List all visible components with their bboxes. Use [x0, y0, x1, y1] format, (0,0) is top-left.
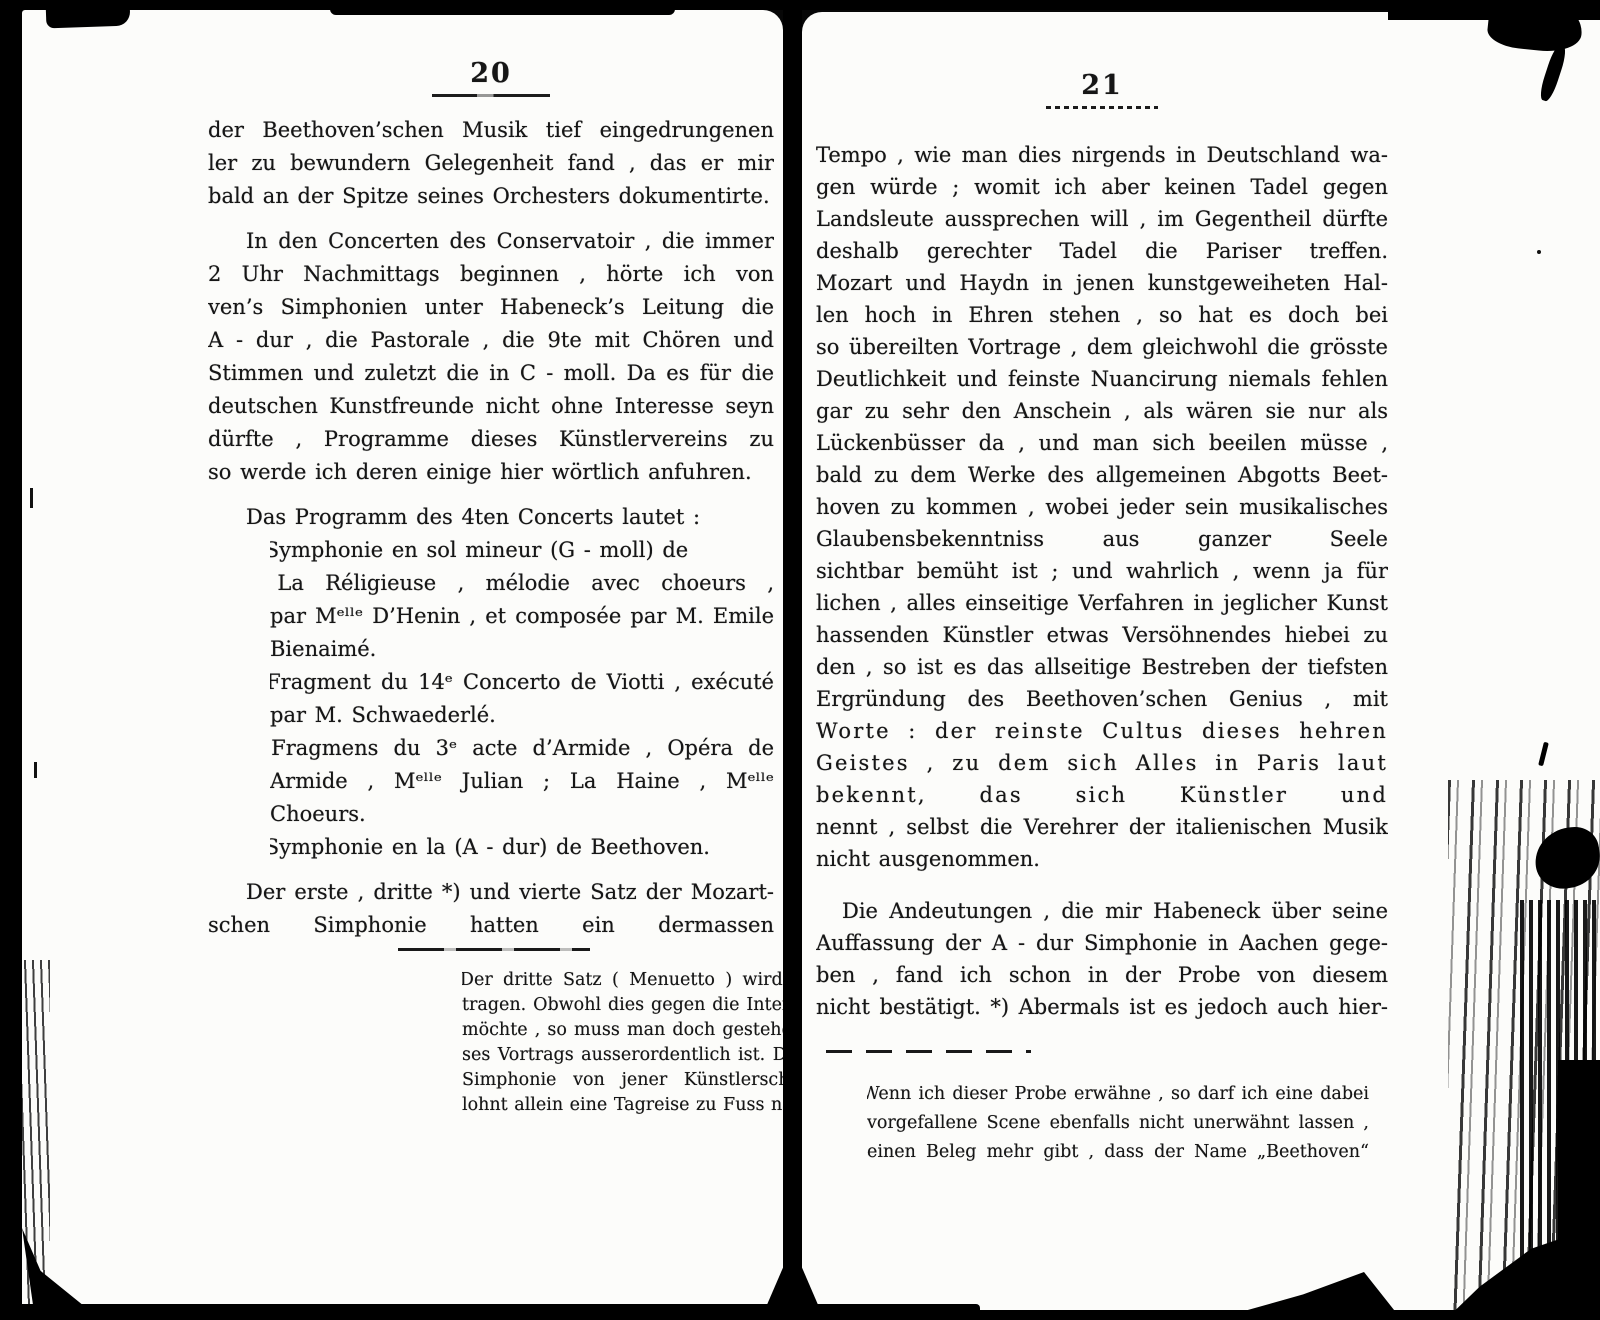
text-line: deshalb gerechter Tadel die Pariser tref… [816, 235, 1388, 267]
scan-border-bottom [0, 1310, 1600, 1320]
page-20: 20 der Beethoven’schen Musik tief einged… [22, 10, 783, 1312]
text-line: 5. Symphonie en la (A - dur) de Beethove… [270, 831, 774, 864]
paragraph: Die Andeutungen , die mir Habeneck über … [816, 895, 1388, 1023]
text-line: Die Andeutungen , die mir Habeneck über … [816, 895, 1388, 927]
text-line: gar zu sehr den Anschein , als wären sie… [816, 395, 1388, 427]
text-line: par Mᵉˡˡᵉ D’Henin , et composée par M. E… [270, 600, 774, 633]
scan-border-top-thick [330, 0, 675, 15]
footnote-separator [398, 948, 590, 951]
footnote-separator [826, 1050, 1031, 1053]
text-line: lichen , alles einseitige Verfahren in j… [816, 587, 1388, 619]
paragraph: In den Concerten des Conservatoir , die … [208, 225, 774, 489]
paragraph: 2. La Réligieuse , mélodie avec choeurs … [270, 567, 774, 666]
text-line: A - dur , die Pastorale , die 9te mit Ch… [208, 324, 774, 357]
text-line: Tempo , wie man dies nirgends in Deutsch… [816, 139, 1388, 171]
text-line: deutschen Kunstfreunde nicht ohne Intere… [208, 390, 774, 423]
scan-smudge-top-left [46, 0, 131, 28]
paragraph: 4. Fragmens du 3ᵉ acte d’Armide , Opéra … [270, 732, 774, 831]
text-line: so übereilten Vortrage , dem gleichwohl … [816, 331, 1388, 363]
page-number: 20 [208, 58, 774, 89]
text-line: Das Programm des 4ten Concerts lautet : [208, 501, 774, 534]
text-line: Mozart und Haydn in jenen kunstgeweihete… [816, 267, 1388, 299]
text-line: Choeurs. [270, 798, 774, 831]
text-line: gen würde ; womit ich aber keinen Tadel … [816, 171, 1388, 203]
paragraph: *) Wenn ich dieser Probe erwähne , so da… [867, 1080, 1369, 1167]
paragraph: 1. Symphonie en sol mineur (G - moll) de… [270, 534, 774, 567]
text-line: den , so ist es das allseitige Bestreben… [816, 651, 1388, 683]
text-line: Geistes , zu dem sich Alles in Paris lau… [816, 747, 1388, 779]
paragraph: 3. Fragment du 14ᵉ Concerto de Viotti , … [270, 666, 774, 732]
text-line: Bienaimé. [270, 633, 774, 666]
text-line: dürfte , Programme dieses Künstlerverein… [208, 423, 774, 456]
scan-border-left [0, 0, 22, 1320]
text-line: schen Simphonie hatten ein dermassen ges… [208, 909, 774, 942]
text-line: einen Beleg mehr gibt , dass der Name „B… [867, 1138, 1369, 1167]
page-21-header: 21 [816, 70, 1388, 109]
text-line: der Beethoven’schen Musik tief eingedrun… [208, 114, 774, 147]
text-line: nennt , selbst die Verehrer der italieni… [816, 811, 1388, 843]
text-line: vorgefallene Scene ebenfalls nicht unerw… [867, 1109, 1369, 1138]
ink-speck [34, 762, 37, 778]
text-line: 3. Fragment du 14ᵉ Concerto de Viotti , … [270, 666, 774, 699]
text-line: 2 Uhr Nachmittags beginnen , hörte ich v… [208, 258, 774, 291]
page-20-body: der Beethoven’schen Musik tief eingedrun… [208, 114, 774, 942]
text-line: ven’s Simphonien unter Habeneck’s Leitun… [208, 291, 774, 324]
text-line: Worte : der reinste Cultus dieses hehren [816, 715, 1388, 747]
paragraph: der Beethoven’schen Musik tief eingedrun… [208, 114, 774, 213]
page-21-body: Tempo , wie man dies nirgends in Deutsch… [816, 139, 1388, 1023]
text-line: 1. Symphonie en sol mineur (G - moll) de… [270, 534, 774, 567]
text-line: ler zu bewundern Gelegenheit fand , das … [208, 147, 774, 180]
page-21-footnote: *) Wenn ich dieser Probe erwähne , so da… [839, 1080, 1369, 1167]
text-line: hassenden Künstler etwas Versöhnendes hi… [816, 619, 1388, 651]
text-line: Glaubensbekenntniss aus ganzer Seele aus… [816, 523, 1388, 555]
page-number-rule [1046, 106, 1158, 109]
paragraph: Tempo , wie man dies nirgends in Deutsch… [816, 139, 1388, 875]
scanned-book-spread: 20 der Beethoven’schen Musik tief einged… [0, 0, 1600, 1320]
text-line: nicht bestätigt. *) Abermals ist es jedo… [816, 991, 1388, 1023]
text-line: len hoch in Ehren stehen , so hat es doc… [816, 299, 1388, 331]
text-line: Landsleute aussprechen will , im Gegenth… [816, 203, 1388, 235]
page-number: 21 [816, 70, 1388, 101]
text-line: Ergründung des Beethoven’schen Genius , … [816, 683, 1388, 715]
page-20-header: 20 [208, 58, 774, 97]
text-line: *) Wenn ich dieser Probe erwähne , so da… [867, 1080, 1369, 1109]
text-line: Der erste , dritte *) und vierte Satz de… [208, 876, 774, 909]
text-line: hoven zu kommen , wobei jeder sein musik… [816, 491, 1388, 523]
page-21-text-block: 21 Tempo , wie man dies nirgends in Deut… [816, 12, 1388, 1304]
paragraph: 5. Symphonie en la (A - dur) de Beethove… [270, 831, 774, 864]
text-line: 2. La Réligieuse , mélodie avec choeurs … [270, 567, 774, 600]
text-line: 4. Fragmens du 3ᵉ acte d’Armide , Opéra … [270, 732, 774, 765]
text-line: In den Concerten des Conservatoir , die … [208, 225, 774, 258]
ink-speck [1537, 250, 1541, 254]
page-gutter [783, 0, 802, 1320]
text-line: Deutlichkeit und feinste Nuancirung niem… [816, 363, 1388, 395]
text-line: nicht ausgenommen. [816, 843, 1388, 875]
text-line: bald zu dem Werke des allgemeinen Abgott… [816, 459, 1388, 491]
text-line: sichtbar bemüht ist ; und wahrlich , wen… [816, 555, 1388, 587]
text-line: bekennt, das sich Künstler und Kunstfreu… [816, 779, 1388, 811]
scan-streaks-left [20, 960, 50, 1306]
page-20-text-block: 20 der Beethoven’schen Musik tief einged… [208, 10, 774, 1304]
text-line: Lückenbüsser da , und man sich beeilen m… [816, 427, 1388, 459]
text-line: so werde ich deren einige hier wörtlich … [208, 456, 774, 489]
text-line: Stimmen und zuletzt die in C - moll. Da … [208, 357, 774, 390]
ink-speck [30, 488, 33, 508]
text-line: par M. Schwaederlé. [270, 699, 774, 732]
paragraph: Der erste , dritte *) und vierte Satz de… [208, 876, 774, 942]
text-line: Armide , Mᵉˡˡᵉ Julian ; La Haine , Mᵉˡˡᵉ… [270, 765, 774, 798]
paragraph: Das Programm des 4ten Concerts lautet : [208, 501, 774, 534]
text-line: bald an der Spitze seines Orchesters dok… [208, 180, 774, 213]
page-number-rule [432, 94, 550, 97]
text-line: ben , fand ich schon in der Probe von di… [816, 959, 1388, 991]
text-line: Auffassung der A - dur Simphonie in Aach… [816, 927, 1388, 959]
